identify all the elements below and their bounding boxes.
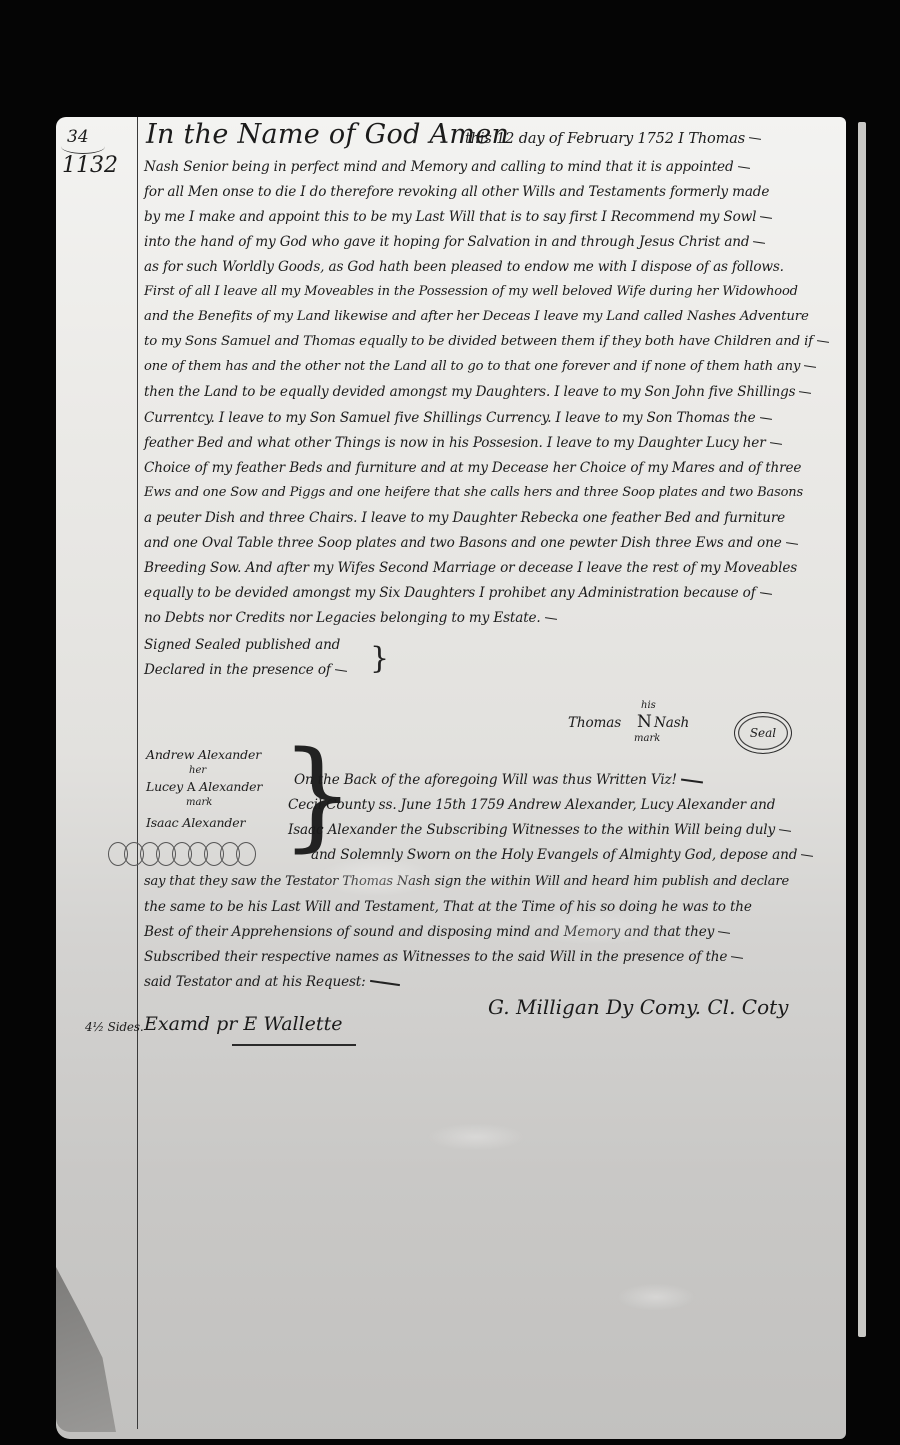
body-line-3: by me I make and appoint this to be my L… [144, 209, 772, 225]
line-filler-dash [817, 340, 829, 343]
volume-number: 1132 [62, 153, 118, 178]
line-filler-dash [760, 592, 772, 595]
body-line-1: Nash Senior being in perfect mind and Me… [144, 159, 750, 175]
body-line-8: to my Sons Samuel and Thomas equally to … [144, 334, 829, 349]
line-filler-dash [804, 365, 816, 368]
probate-line-1: Cecil County ss. June 15th 1759 Andrew A… [288, 797, 775, 813]
line-filler-dash [731, 956, 743, 959]
film-edge-strip [858, 122, 866, 1337]
sides-note: 4½ Sides. [85, 1020, 144, 1034]
page-corner-fold [56, 1267, 131, 1432]
probate-line-3: and Solemnly Sworn on the Holy Evangels … [311, 847, 813, 863]
will-title: In the Name of God Amen [146, 119, 509, 150]
wax-seal-icon: Seal [734, 712, 792, 754]
body-line-9: one of them has and the other not the La… [144, 359, 816, 374]
folio-number: 34 [67, 127, 89, 147]
line-filler-dash [335, 669, 347, 672]
attestation-line-1: Signed Sealed published and [144, 637, 340, 653]
body-line-5: as for such Worldly Goods, as God hath b… [144, 259, 784, 275]
body-line-4: into the hand of my God who gave it hopi… [144, 234, 765, 250]
margin-rule [137, 117, 138, 1429]
probate-line-8: said Testator and at his Request: [144, 974, 400, 990]
probate-line-4: say that they saw the Testator Thomas Na… [144, 874, 789, 889]
line-filler-dash [799, 391, 811, 394]
body-line-13: Choice of my feather Beds and furniture … [144, 460, 801, 476]
body-line-10: then the Land to be equally devided amon… [144, 384, 811, 400]
witness-lucey-mark-label: mark [186, 797, 212, 808]
line-filler-dash [770, 442, 782, 445]
body-line-18: equally to be devided amongst my Six Dau… [144, 585, 772, 601]
body-line-14: Ews and one Sow and Piggs and one heifer… [144, 485, 803, 500]
examined-underline [232, 1044, 356, 1046]
body-line-0: this 12 day of February 1752 I Thomas [465, 131, 761, 147]
line-filler-dash [760, 216, 772, 219]
witness-lucey-her-label: her [189, 765, 206, 776]
testator-mark: N [637, 712, 652, 732]
line-filler-dash [779, 829, 791, 832]
witness-isaac-alexander: Isaac Alexander [146, 815, 245, 830]
line-filler-dash [760, 417, 772, 420]
body-line-16: and one Oval Table three Soop plates and… [144, 535, 798, 551]
line-filler-dash [753, 241, 765, 244]
body-line-11: Currentcy. I leave to my Son Samuel five… [144, 410, 772, 426]
witness-andrew-alexander: Andrew Alexander [146, 747, 261, 762]
body-line-17: Breeding Sow. And after my Wifes Second … [144, 560, 797, 576]
line-filler-dash [749, 138, 761, 141]
testator-mark-label: mark [634, 733, 660, 744]
examined-note: Examd pr E Wallette [144, 1013, 342, 1035]
line-filler-dash [786, 542, 798, 545]
line-filler-dash [545, 617, 557, 620]
clerk-signature: G. Milligan Dy Comy. Cl. Coty [488, 995, 788, 1019]
probate-line-7: Subscribed their respective names as Wit… [144, 949, 743, 965]
body-line-19: no Debts nor Credits nor Legacies belong… [144, 610, 557, 626]
witness-lucey-mark: A [187, 780, 196, 794]
attestation-brace: } [370, 641, 389, 676]
line-filler-dash [801, 854, 813, 857]
seal-label: Seal [750, 726, 776, 740]
testator-first-name: Thomas [568, 715, 621, 731]
probate-line-0: On the Back of the aforegoing Will was t… [294, 772, 703, 788]
body-line-15: a peuter Dish and three Chairs. I leave … [144, 510, 785, 526]
probate-line-6: Best of their Apprehensions of sound and… [144, 924, 730, 940]
signature-flourish-icon [108, 842, 268, 868]
body-line-7: and the Benefits of my Land likewise and… [144, 309, 809, 324]
testator-his-label: his [641, 700, 656, 711]
line-filler-dash [718, 931, 730, 934]
body-line-2: for all Men onse to die I do therefore r… [144, 184, 769, 200]
witness-lucey-alexander: Lucey A Alexander [146, 779, 262, 794]
line-filler-dash [681, 778, 703, 783]
line-filler-dash [370, 979, 400, 985]
testator-last-name: Nash [654, 715, 689, 731]
probate-line-5: the same to be his Last Will and Testame… [144, 899, 752, 915]
attestation-line-2: Declared in the presence of [144, 662, 347, 678]
body-line-6: First of all I leave all my Moveables in… [144, 284, 798, 299]
probate-line-2: Isaac Alexander the Subscribing Witnesse… [288, 822, 791, 838]
line-filler-dash [737, 166, 749, 169]
manuscript-page: 34 1132 In the Name of God Amen this 12 … [56, 117, 846, 1439]
body-line-12: feather Bed and what other Things is now… [144, 435, 782, 451]
